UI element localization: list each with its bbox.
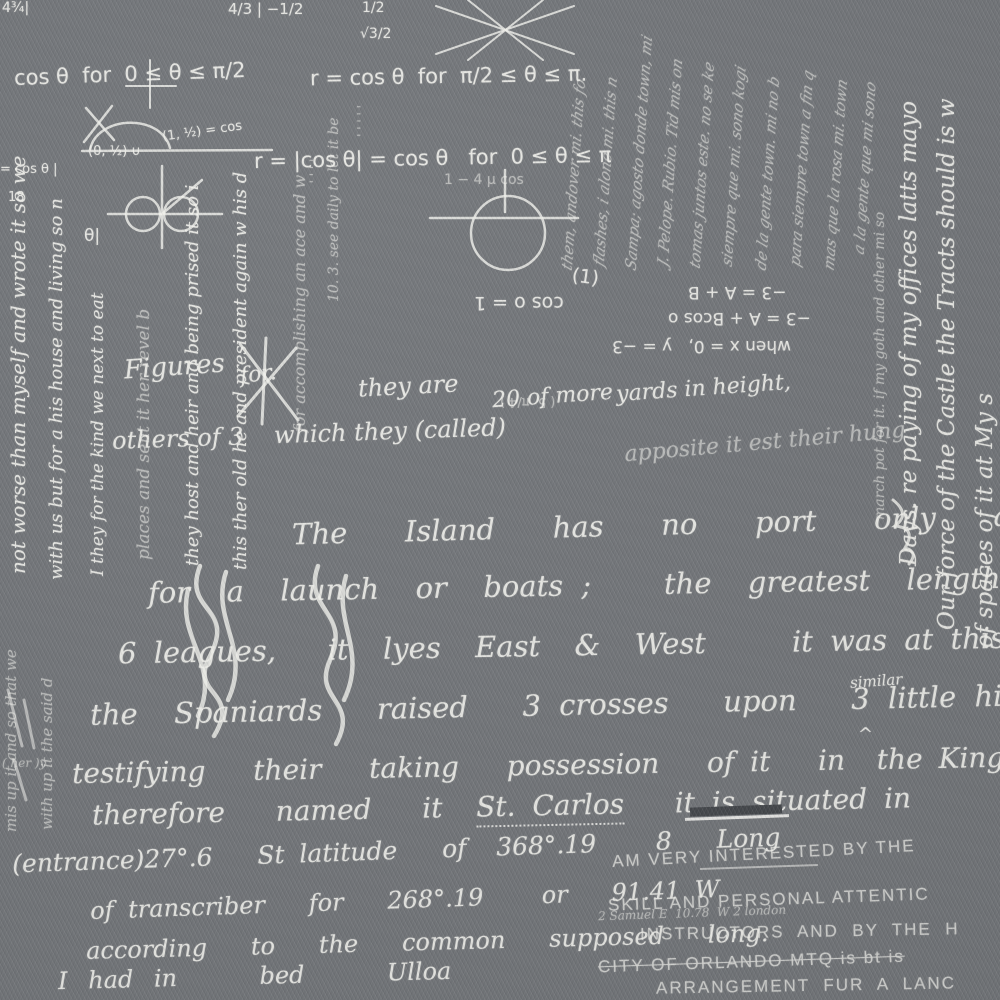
math-fraction-half: 1/2 bbox=[362, 0, 385, 16]
fabric-photo: 4¾| 4/3 | −1/2 1/2 √3/2 cos θ for 0 ≤ θ … bbox=[0, 0, 1000, 1000]
math-point-left: (0, ½) ∪ bbox=[88, 144, 141, 159]
letter-st-carlos: St. Carlos bbox=[476, 787, 625, 827]
right-script-column-4: of spaces of it at My s bbox=[972, 393, 998, 648]
right-script-column-1: march pot for it. if my goth and other m… bbox=[872, 212, 888, 520]
left-script-column-9: mis up it and so that we bbox=[2, 649, 20, 832]
math-small-formula: 1 − 4 μ cos bbox=[444, 172, 524, 188]
left-script-column-10: with up it the said d bbox=[38, 678, 56, 830]
math-polar-formula-1: r = cos θ for π/2 ≤ θ ≤ π. bbox=[310, 62, 588, 91]
math-equation-flipped-3: when x = 0, y = −3 bbox=[612, 336, 791, 356]
right-script-column-3: Our force of the Castle the Tracts shoul… bbox=[934, 98, 960, 630]
math-equation-flipped-1: −3 = A + B bbox=[688, 282, 786, 302]
left-script-column-5: they host and heir and being prised it s… bbox=[182, 184, 203, 566]
tick-column-2: ' ' ' ' bbox=[307, 159, 321, 184]
left-script-column-3: I they for the kind we next to eat bbox=[88, 292, 108, 576]
left-script-column-2: with us but for a his house and living s… bbox=[46, 198, 67, 580]
note-they-are: they are bbox=[357, 369, 459, 402]
right-script-column-2: Days. re paying of my offices latts mayo bbox=[896, 101, 922, 566]
left-script-column-7: for accomplishing an ace and w bbox=[290, 175, 309, 432]
left-script-column-1: not worse than myself and wrote it so we bbox=[6, 156, 30, 574]
polar-rose-sketch bbox=[108, 166, 222, 248]
math-fraction-root: √3/2 bbox=[360, 26, 391, 42]
ray-star-sketch bbox=[436, 0, 574, 60]
left-script-column-8: 10. 3. see daily to let it be bbox=[326, 118, 342, 303]
tick-column-1: ' ' ' ' ' bbox=[355, 105, 369, 137]
math-theta-axis-label: θ| bbox=[84, 226, 100, 246]
left-script-column-6: this ther old he and president again w h… bbox=[230, 172, 251, 570]
letter-caret: ^ bbox=[858, 724, 873, 745]
math-identity-flipped: cos o = 1 bbox=[474, 292, 564, 314]
left-script-column-4: places and sent it her revel b bbox=[134, 309, 154, 560]
math-corner-fraction: 4¾| bbox=[2, 0, 29, 16]
math-equation-flipped-2: −3 = A + Bcos o bbox=[668, 308, 811, 328]
math-fraction-stack: 4/3 | −1/2 bbox=[228, 0, 303, 18]
